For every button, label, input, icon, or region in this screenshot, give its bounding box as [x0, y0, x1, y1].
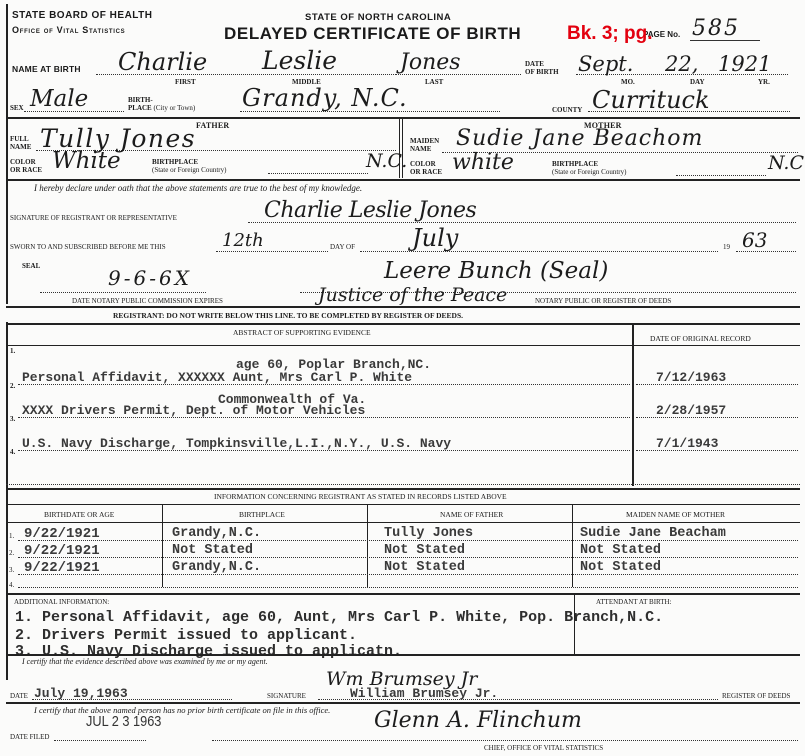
sworn-year: 63 — [742, 228, 767, 252]
father-name-label: FULLNAME — [10, 135, 31, 151]
evidence-row-3-text: XXXX Drivers Permit, Dept. of Motor Vehi… — [22, 403, 365, 418]
records-row-2-num: 2. — [9, 549, 14, 557]
birthplace-value: Grandy, N.C. — [242, 84, 408, 112]
last-label: LAST — [425, 78, 443, 86]
records-row-3-line — [18, 574, 798, 575]
commission-expiry: 9-6-6X — [108, 266, 192, 290]
page-number-value: 585 — [692, 16, 740, 41]
father-color-label: COLOROR RACE — [10, 158, 42, 174]
records-row-4-line — [18, 587, 798, 588]
seal-label: SEAL — [22, 262, 40, 270]
records-row-1-line — [18, 540, 798, 541]
additional-line-2: 2. Drivers Permit issued to applicant. — [15, 627, 357, 644]
mother-color: white — [452, 150, 514, 175]
county-label: COUNTY — [552, 106, 582, 114]
registrant-notice: REGISTRANT: DO NOT WRITE BELOW THIS LINE… — [113, 311, 463, 320]
notary-label: NOTARY PUBLIC OR REGISTER OF DEEDS — [535, 297, 671, 305]
evidence-row-3-num: 3. — [10, 415, 15, 423]
dob-year: 1921 — [718, 52, 771, 76]
birthplace-label: BIRTH- PLACE (City or Town) — [128, 96, 195, 112]
sworn-label: SWORN TO AND SUBSCRIBED BEFORE ME THIS — [10, 243, 166, 251]
notary-line — [300, 292, 796, 293]
father-color: White — [52, 148, 121, 174]
date-original-heading: DATE OF ORIGINAL RECORD — [650, 334, 751, 343]
mother-birthplace-line — [676, 175, 766, 176]
divider-parents-top — [6, 117, 800, 119]
register-statement: I certify that the evidence described ab… — [22, 657, 268, 666]
last-name-line — [396, 74, 521, 75]
father-birthplace-line — [268, 173, 368, 174]
sex-label: SEX — [10, 104, 24, 112]
records-row-1-mother: Sudie Jane Beacham — [580, 526, 726, 541]
records-col-mother: MAIDEN NAME OF MOTHER — [626, 510, 725, 519]
year-prefix: 19 — [723, 243, 730, 251]
first-name: Charlie — [118, 48, 207, 76]
dob-month: Sept. — [578, 52, 633, 76]
mother-birthplace: N.C. — [768, 152, 805, 174]
records-row-2-father: Not Stated — [384, 543, 465, 558]
evidence-row-4-date: 7/1/1943 — [656, 436, 718, 451]
records-row-1-num: 1. — [9, 532, 14, 540]
divider-evidence-top — [6, 323, 800, 325]
additional-info-label: ADDITIONAL INFORMATION: — [14, 598, 109, 606]
records-row-1-birthplace: Grandy,N.C. — [172, 526, 261, 541]
evidence-bottom-dots — [6, 484, 800, 485]
sworn-month: July — [412, 224, 458, 252]
name-at-birth-label: NAME AT BIRTH — [12, 64, 81, 74]
dob-label: DATE OF BIRTH — [525, 60, 559, 76]
divider-records-top — [6, 488, 800, 490]
records-col-birthdate: BIRTHDATE OR AGE — [44, 510, 114, 519]
mother-color-label: COLOROR RACE — [410, 160, 442, 176]
records-col-rule — [6, 522, 800, 523]
evidence-row-2-num: 2. — [10, 382, 15, 390]
register-title: REGISTER OF DEEDS — [722, 692, 790, 700]
left-border-lower — [6, 322, 8, 680]
register-date: July 19,1963 — [34, 686, 128, 701]
notary-signature: Leere Bunch (Seal) — [384, 258, 608, 284]
register-date-label: DATE — [10, 692, 28, 700]
county-value: Currituck — [592, 86, 710, 114]
day-of-label: DAY OF — [330, 243, 355, 251]
additional-line-1: 1. Personal Affidavit, age 60, Aunt, Mrs… — [15, 609, 663, 626]
date-filed-line — [54, 740, 146, 741]
evidence-row-3-date: 2/28/1957 — [656, 403, 726, 418]
sworn-day-line — [216, 251, 328, 252]
notary-title-handwritten: Justice of the Peace — [318, 284, 507, 306]
commission-label: DATE NOTARY PUBLIC COMMISSION EXPIRES — [72, 297, 223, 305]
signature-label: SIGNATURE OF REGISTRANT OR REPRESENTATIV… — [10, 214, 177, 222]
evidence-heading: ABSTRACT OF SUPPORTING EVIDENCE — [233, 328, 371, 337]
sex-value: Male — [30, 86, 88, 112]
divider-register-top — [6, 654, 800, 656]
father-heading: FATHER — [196, 121, 229, 130]
middle-name: Leslie — [262, 46, 337, 75]
date-filed-stamp: JUL 2 3 1963 — [86, 713, 161, 730]
book-page-annotation: Bk. 3; pg. — [567, 23, 653, 45]
records-heading-rule — [6, 504, 800, 505]
divider-additional-top — [6, 593, 800, 595]
records-row-2-mother: Not Stated — [580, 543, 661, 558]
evidence-header-rule — [6, 345, 800, 346]
last-name: Jones — [400, 50, 461, 75]
divider-vital-top — [6, 702, 800, 704]
register-signature-typed: William Brumsey Jr. — [350, 686, 498, 701]
date-filed-label: DATE FILED — [10, 733, 49, 741]
records-col-father: NAME OF FATHER — [440, 510, 503, 519]
registrant-signature: Charlie Leslie Jones — [264, 198, 476, 223]
evidence-divider — [632, 324, 634, 486]
evidence-row-4-text: U.S. Navy Discharge, Tompkinsville,L.I.,… — [22, 436, 451, 451]
agency-line-2: Office of Vital Statistics — [12, 25, 125, 35]
records-col-birthplace: BIRTHPLACE — [239, 510, 285, 519]
evidence-row-2-text: Personal Affidavit, XXXXXX Aunt, Mrs Car… — [22, 370, 412, 385]
month-label: MO. — [621, 78, 635, 86]
sworn-day: 12th — [222, 230, 264, 251]
agency-line-1: STATE BOARD OF HEALTH — [12, 10, 153, 21]
vital-statement: I certify that the above named person ha… — [34, 705, 330, 715]
vital-title: CHIEF, OFFICE OF VITAL STATISTICS — [484, 744, 603, 752]
mother-name-label: MAIDENNAME — [410, 137, 439, 153]
vital-signature-line — [212, 740, 798, 741]
attendant-label: ATTENDANT AT BIRTH: — [596, 598, 672, 606]
evidence-row-2-date: 7/12/1963 — [656, 370, 726, 385]
records-row-2-line — [18, 557, 798, 558]
father-birthplace: N.C. — [366, 150, 407, 172]
left-border — [6, 4, 8, 304]
records-row-1-father: Tully Jones — [384, 526, 473, 541]
day-label: DAY — [690, 78, 705, 86]
mother-birthplace-label: BIRTHPLACE(State or Foreign Country) — [552, 160, 626, 176]
records-row-3-birthplace: Grandy,N.C. — [172, 560, 261, 575]
document-title: DELAYED CERTIFICATE OF BIRTH — [224, 24, 521, 44]
first-label: FIRST — [175, 78, 196, 86]
records-row-3-mother: Not Stated — [580, 560, 661, 575]
oath-declaration: I hereby declare under oath that the abo… — [34, 183, 362, 193]
records-heading: INFORMATION CONCERNING REGISTRANT AS STA… — [214, 492, 507, 501]
year-label: YR. — [758, 78, 770, 86]
mother-name: Sudie Jane Beachom — [456, 126, 703, 151]
records-row-3-father: Not Stated — [384, 560, 465, 575]
records-row-3-num: 3. — [9, 566, 14, 574]
dob-day: 22, — [665, 52, 698, 76]
divider-notice-top — [6, 306, 800, 308]
evidence-row-4-num: 4. — [10, 448, 15, 456]
state-name: STATE OF NORTH CAROLINA — [305, 12, 451, 23]
register-signature-label: SIGNATURE — [267, 692, 306, 700]
vital-signature: Glenn A. Flinchum — [374, 708, 582, 733]
records-row-2-birthplace: Not Stated — [172, 543, 253, 558]
father-birthplace-label: BIRTHPLACE(State or Foreign Country) — [152, 158, 226, 174]
evidence-row-1-num: 1. — [10, 347, 15, 355]
records-row-4-num: 4. — [9, 581, 14, 589]
commission-line — [40, 292, 206, 293]
divider-oath-top — [6, 179, 800, 181]
